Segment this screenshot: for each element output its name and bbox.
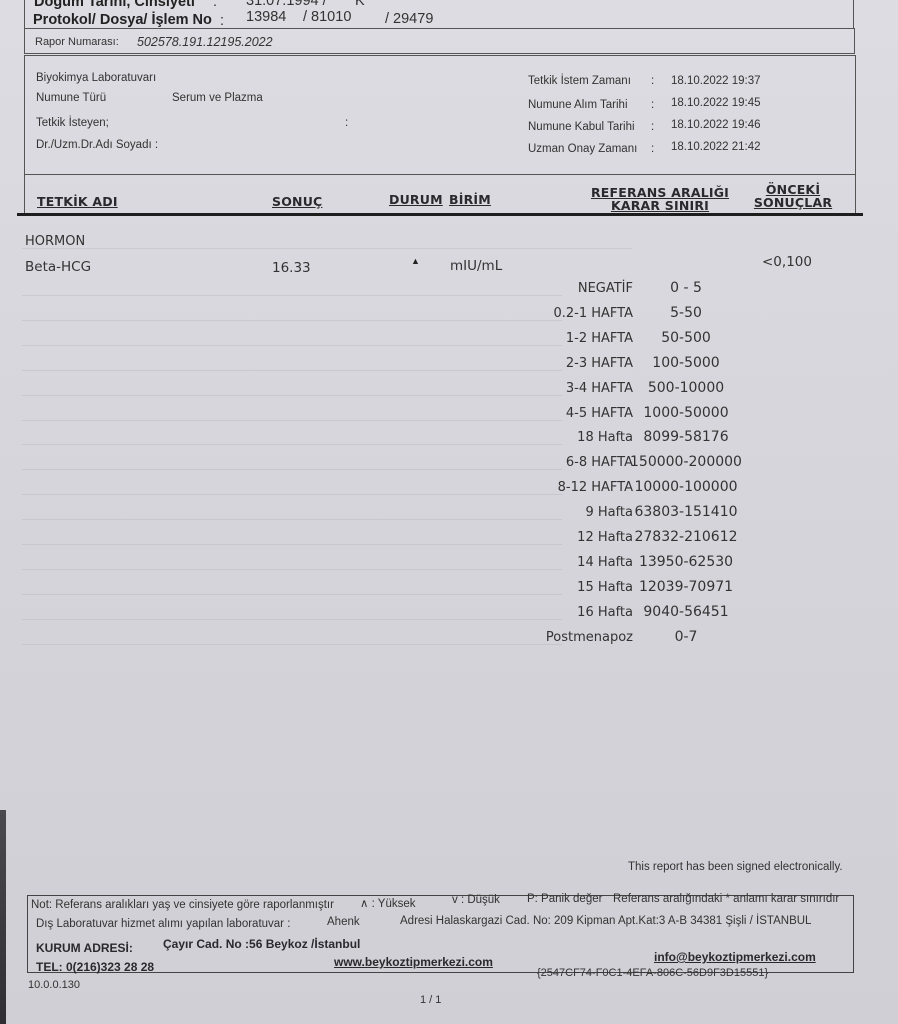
lab-name: Biyokimya Laboratuvarı	[36, 72, 156, 84]
time-sep: :	[651, 99, 654, 111]
reference-label: 3-4 HAFTA	[523, 381, 633, 396]
reference-label: 9 Hafta	[523, 505, 633, 520]
birth-sep: :	[213, 0, 217, 10]
reference-label: 15 Hafta	[523, 580, 633, 595]
reference-value: 10000-100000	[634, 479, 737, 495]
page-number: 1 / 1	[420, 994, 441, 1006]
time-label-request: Tetkik İstem Zamanı	[528, 75, 631, 87]
high-arrow-icon: ▲	[411, 256, 420, 266]
reference-label: Postmenapoz	[523, 630, 633, 645]
header-unit: BİRİM	[449, 192, 491, 207]
website-link[interactable]: www.beykoztipmerkezi.com	[334, 955, 493, 969]
time-value-sample: 18.10.2022 19:45	[671, 97, 761, 109]
document-id: {2547CF74-F0C1-4EFA-806C-56D9F3D15551}	[537, 967, 768, 979]
reference-value: 0-7	[675, 629, 698, 645]
protocol-no: 13984	[246, 9, 286, 25]
protocol-label: Protokol/ Dosya/ İşlem No	[33, 12, 212, 28]
legend-panic: P: Panik değer	[527, 893, 602, 905]
legend-asterisk: Referans aralığındaki * anlamı karar sın…	[613, 893, 839, 905]
time-label-accept: Numune Kabul Tarihi	[528, 121, 635, 133]
institution-label: KURUM ADRESİ:	[36, 941, 133, 955]
reference-value: 13950-62530	[639, 554, 733, 570]
process-no: / 29479	[385, 11, 433, 27]
sample-type-label: Numune Türü	[36, 92, 106, 104]
gender: K	[355, 0, 365, 9]
birth-label: Doğum Tarihi, Cinsiyeti	[34, 0, 195, 10]
header-test-name: TETKİK ADI	[37, 194, 118, 209]
reference-value: 12039-70971	[639, 579, 733, 595]
phone: TEL: 0(216)323 28 28	[36, 960, 154, 974]
external-lab-label: Dış Laboratuvar hizmet alımı yapılan lab…	[36, 918, 290, 930]
reference-label: 8-12 HAFTA	[523, 480, 633, 495]
doctor-label: Dr./Uzm.Dr.Adı Soyadı :	[36, 139, 158, 151]
time-sep: :	[651, 121, 654, 133]
birth-date: 31.07.1994 /	[246, 0, 327, 9]
reference-label: 2-3 HAFTA	[523, 356, 633, 371]
email-link[interactable]: info@beykoztipmerkezi.com	[654, 950, 816, 964]
time-sep: :	[651, 75, 654, 87]
reference-value: 1000-50000	[643, 405, 728, 421]
header-result: SONUÇ	[272, 194, 322, 209]
reference-value: 5-50	[670, 305, 702, 321]
time-value-request: 18.10.2022 19:37	[671, 75, 761, 87]
signed-note: This report has been signed electronical…	[628, 861, 843, 873]
report-number-label: Rapor Numarası:	[35, 36, 119, 48]
reference-label: 4-5 HAFTA	[523, 406, 633, 421]
protocol-sep: :	[220, 13, 224, 29]
time-sep: :	[651, 143, 654, 155]
reference-value: 100-5000	[652, 355, 719, 371]
sample-type-value: Serum ve Plazma	[172, 92, 263, 104]
time-value-accept: 18.10.2022 19:46	[671, 119, 761, 131]
reference-label: 0.2-1 HAFTA	[523, 306, 633, 321]
test-result: 16.33	[272, 260, 311, 276]
header-status: DURUM	[389, 192, 443, 207]
requester-sep: :	[345, 117, 348, 129]
reference-value: 63803-151410	[634, 504, 737, 520]
time-value-approval: 18.10.2022 21:42	[671, 141, 761, 153]
reference-value: 150000-200000	[630, 454, 742, 470]
test-unit: mIU/mL	[450, 258, 502, 274]
section-hormon: HORMON	[25, 234, 85, 249]
reference-label: 14 Hafta	[523, 555, 633, 570]
institution-address: Çayır Cad. No :56 Beykoz /İstanbul	[163, 937, 360, 951]
external-lab-address: Adresi Halaskargazi Cad. No: 209 Kipman …	[400, 915, 811, 927]
reference-label: NEGATİF	[523, 281, 633, 296]
reference-label: 18 Hafta	[523, 430, 633, 445]
header-reference-line2: KARAR SINIRI	[584, 199, 736, 212]
previous-result: <0,100	[762, 254, 812, 270]
legend-low: v : Düşük	[452, 894, 500, 906]
header-previous-line2: SONUÇLAR	[748, 196, 838, 209]
reference-value: 50-500	[661, 330, 711, 346]
reference-value: 8099-58176	[643, 429, 728, 445]
footer-note: Not: Referans aralıkları yaş ve cinsiyet…	[31, 899, 334, 911]
header-previous: ÖNCEKİ SONUÇLAR	[748, 183, 838, 209]
test-name: Beta-HCG	[25, 259, 91, 275]
ip-address: 10.0.0.130	[28, 979, 80, 991]
time-label-sample: Numune Alım Tarihi	[528, 99, 628, 111]
reference-value: 9040-56451	[643, 604, 728, 620]
reference-label: 6-8 HAFTA	[523, 455, 633, 470]
reference-value: 27832-210612	[634, 529, 737, 545]
reference-label: 12 Hafta	[523, 530, 633, 545]
reference-label: 1-2 HAFTA	[523, 331, 633, 346]
header-reference: REFERANS ARALIĞI KARAR SINIRI	[584, 186, 736, 212]
external-lab-name: Ahenk	[327, 916, 360, 928]
report-number: 502578.191.12195.2022	[137, 35, 273, 49]
requester-label: Tetkik İsteyen;	[36, 117, 109, 129]
photo-edge	[0, 810, 6, 1024]
header-divider	[17, 213, 863, 216]
time-label-approval: Uzman Onay Zamanı	[528, 143, 637, 155]
reference-label: 16 Hafta	[523, 605, 633, 620]
reference-value: 0 - 5	[670, 280, 702, 296]
reference-value: 500-10000	[648, 380, 724, 396]
file-no: / 81010	[303, 9, 351, 25]
legend-high: ∧ : Yüksek	[360, 896, 416, 910]
